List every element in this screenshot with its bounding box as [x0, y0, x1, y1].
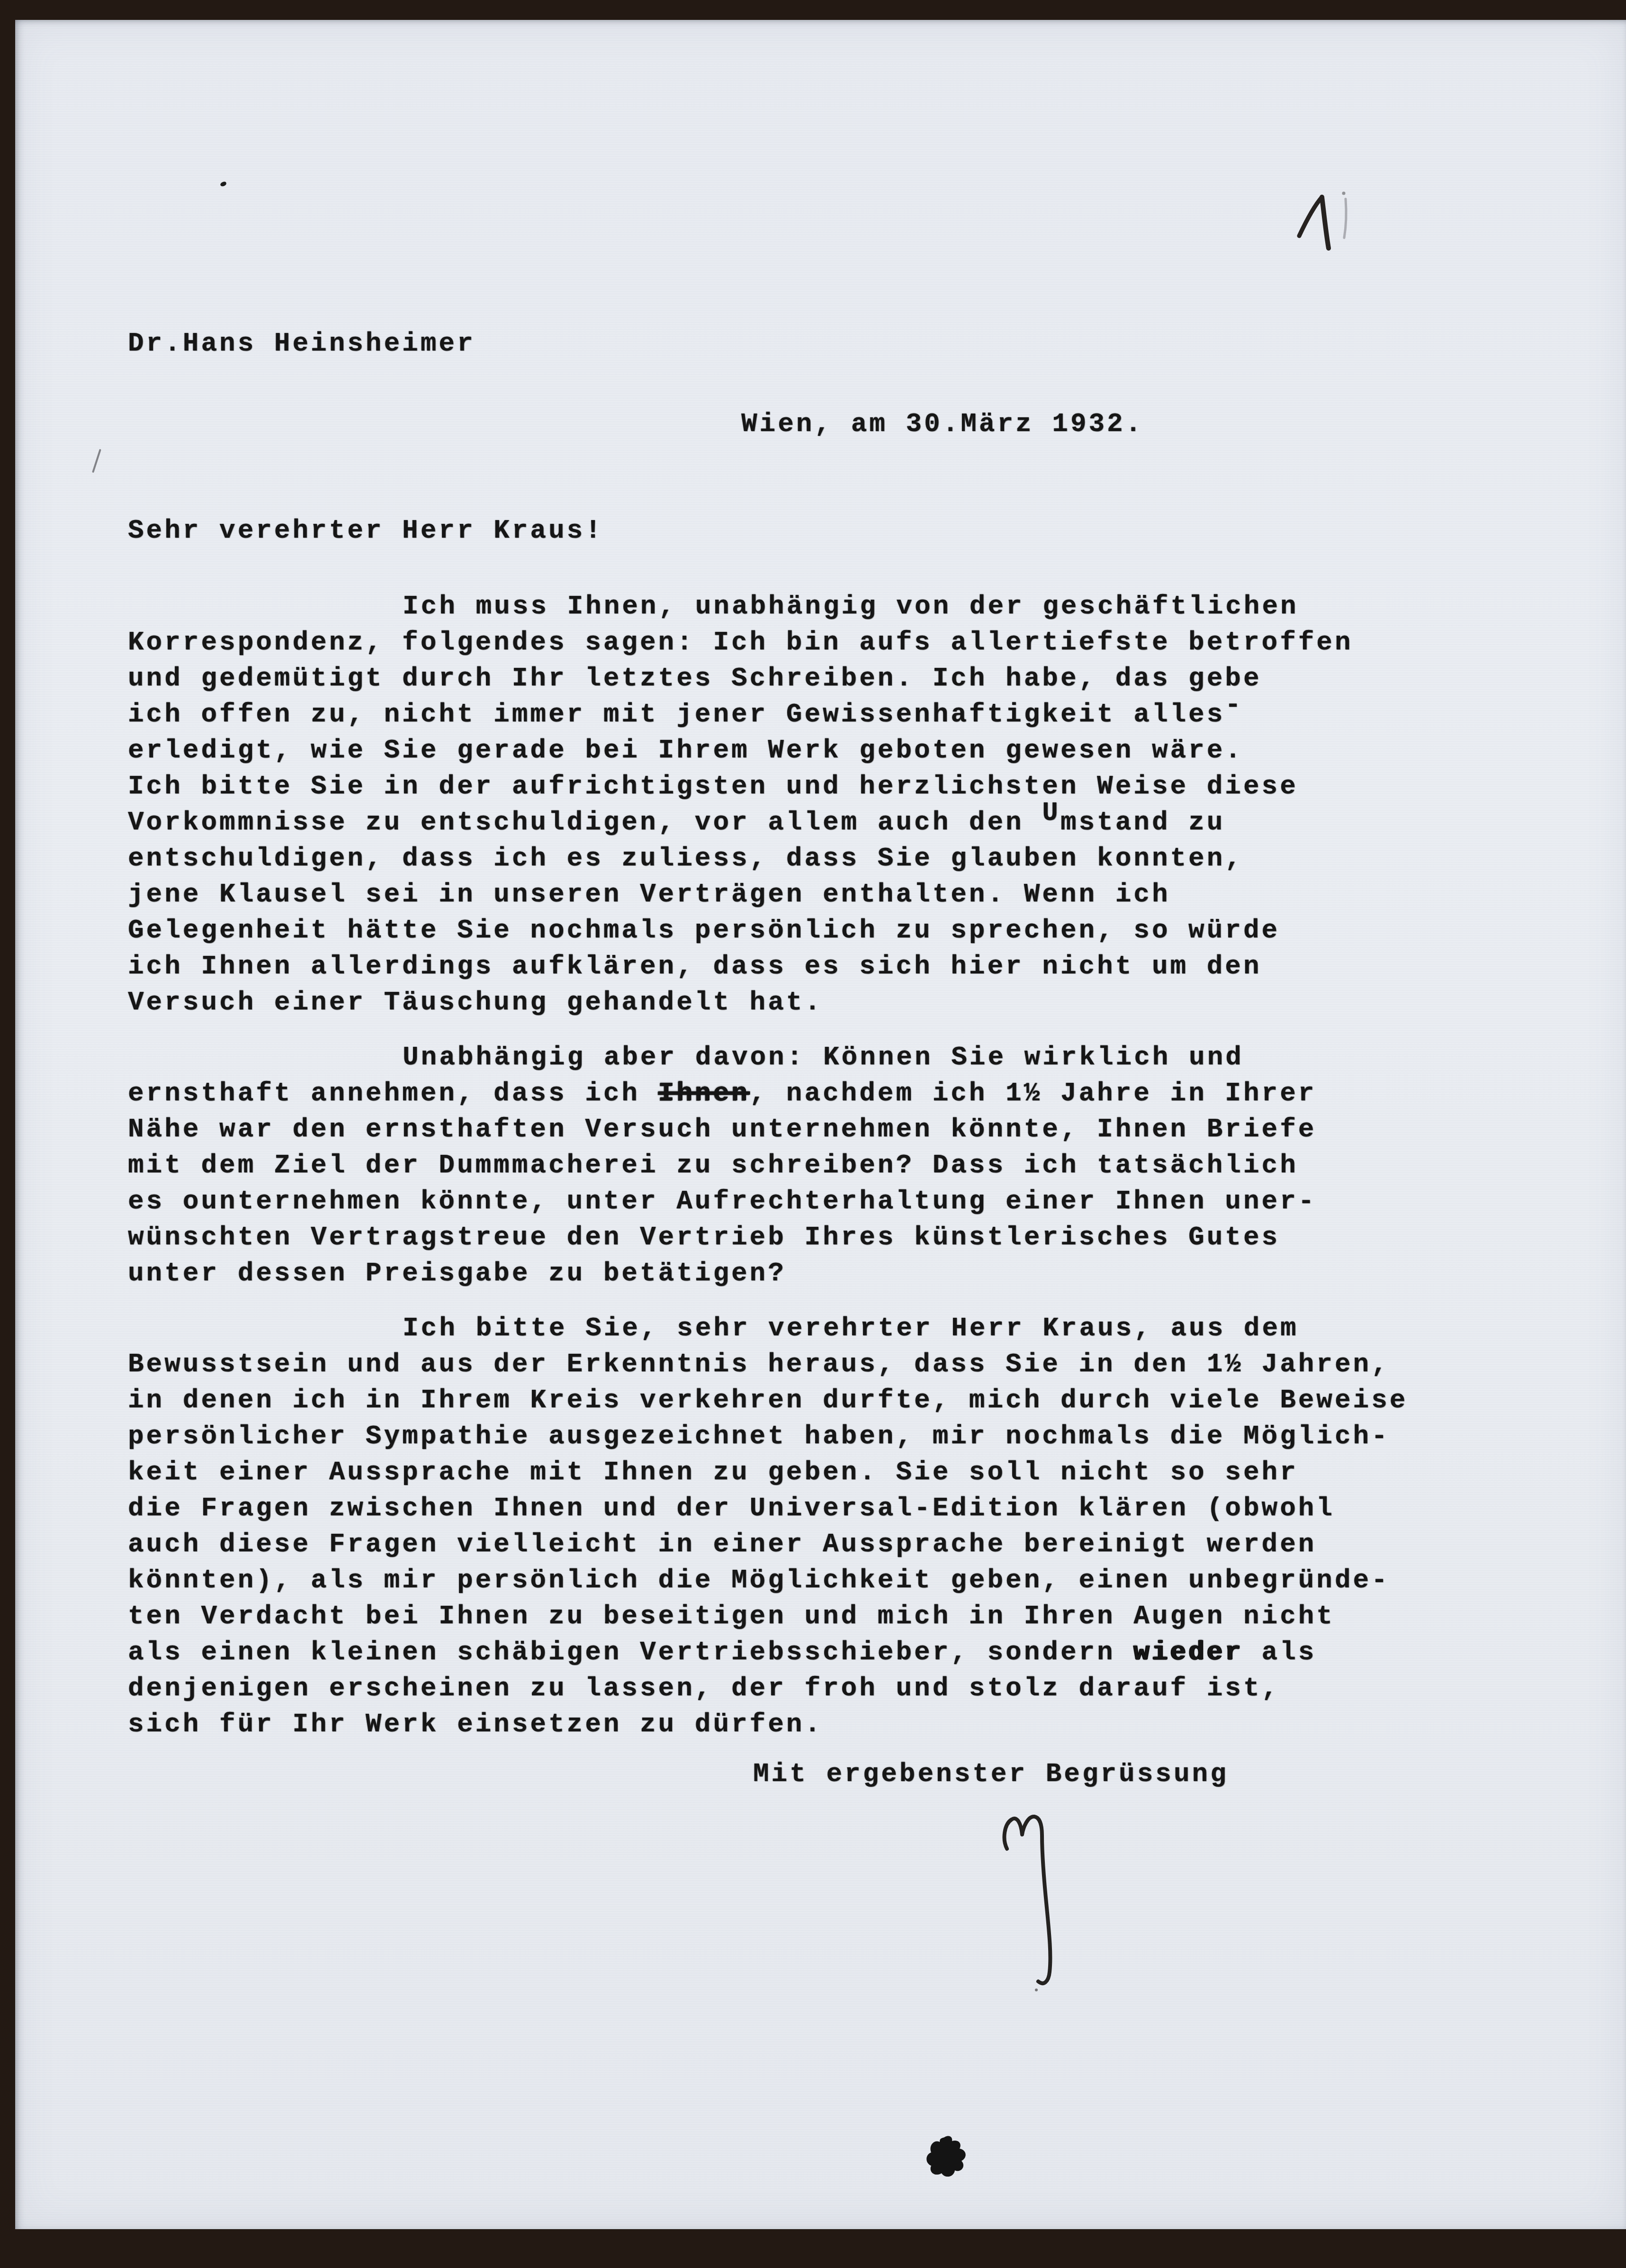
letter-line: persönlicher Sympathie ausgezeichnet hab…	[128, 1418, 1449, 1454]
ink-speck	[220, 181, 227, 187]
letter-line: sich für Ihr Werk einsetzen zu dürfen.	[128, 1706, 1449, 1742]
letter-line: in denen ich in Ihrem Kreis verkehren du…	[128, 1382, 1449, 1418]
letter-line: denjenigen erscheinen zu lassen, der fro…	[128, 1670, 1449, 1706]
letter-line: unter dessen Preisgabe zu betätigen?	[128, 1255, 1449, 1291]
letter-line: Ich bitte Sie, sehr verehrter Herr Kraus…	[128, 1310, 1449, 1346]
letter-line: als einen kleinen schäbigen Vertriebssch…	[128, 1634, 1449, 1670]
sender-name: Dr.Hans Heinsheimer	[128, 325, 476, 361]
paragraph: Unabhängig aber davon: Können Sie wirkli…	[128, 1039, 1449, 1291]
letter-line: ernsthaft annehmen, dass ich Ihnen, nach…	[128, 1075, 1449, 1111]
letter-line: Ich muss Ihnen, unabhängig von der gesch…	[128, 588, 1449, 624]
letter-line: Nähe war den ernsthaften Versuch unterne…	[128, 1111, 1449, 1147]
pen-slash-mark	[92, 449, 101, 473]
letter-line: Bewusstsein und aus der Erkenntnis herau…	[128, 1346, 1449, 1382]
salutation: Sehr verehrter Herr Kraus!	[128, 513, 603, 549]
segment: als einen kleinen schäbigen Vertriebssch…	[128, 1637, 1133, 1667]
letter-line: könnten), als mir persönlich die Möglich…	[128, 1562, 1449, 1598]
letter-line: entschuldigen, dass ich es zuliess, dass…	[128, 840, 1449, 876]
letter-line: Korrespondenz, folgendes sagen: Ich bin …	[128, 624, 1449, 660]
letter-line: mit dem Ziel der Dummmacherei zu schreib…	[128, 1147, 1449, 1183]
segment: mstand zu	[1060, 807, 1225, 837]
segment: ich offen zu, nicht immer mit jener Gewi…	[128, 699, 1225, 729]
scanned-letter-page: { "page": { "background_color": "#231913…	[0, 0, 1626, 2268]
handwritten-page-number-mark	[1291, 190, 1362, 271]
letter-line: wünschten Vertragstreue den Vertrieb Ihr…	[128, 1219, 1449, 1255]
segment-overtype: wieder	[1133, 1637, 1243, 1667]
paragraph: Ich muss Ihnen, unabhängig von der gesch…	[128, 588, 1449, 1020]
segment-raised: -	[1225, 690, 1243, 720]
signature-paraph	[991, 1808, 1095, 1993]
ink-blot	[924, 2133, 976, 2186]
letter-line: ich Ihnen allerdings aufklären, dass es …	[128, 948, 1449, 984]
letter-line: Ich bitte Sie in der aufrichtigsten und …	[128, 768, 1449, 804]
letter-paper: Dr.Hans Heinsheimer Wien, am 30.März 193…	[15, 20, 1626, 2229]
paragraph: Ich bitte Sie, sehr verehrter Herr Kraus…	[128, 1310, 1449, 1742]
letter-line: auch diese Fragen vielleicht in einer Au…	[128, 1526, 1449, 1562]
letter-line: ich offen zu, nicht immer mit jener Gewi…	[128, 696, 1449, 732]
letter-line: erledigt, wie Sie gerade bei Ihrem Werk …	[128, 732, 1449, 768]
segment-struck: Ihnen	[658, 1078, 750, 1108]
letter-line: Unabhängig aber davon: Können Sie wirkli…	[128, 1039, 1449, 1075]
letter-line: Gelegenheit hätte Sie nochmals persönlic…	[128, 912, 1449, 948]
letter-body: Ich muss Ihnen, unabhängig von der gesch…	[128, 588, 1449, 1761]
closing-line: Mit ergebenster Begrüssung	[753, 1756, 1229, 1792]
letter-line: jene Klausel sei in unseren Verträgen en…	[128, 876, 1449, 912]
letter-line: es ounternehmen könnte, unter Aufrechter…	[128, 1183, 1449, 1219]
letter-line: Versuch einer Täuschung gehandelt hat.	[128, 984, 1449, 1020]
segment: , nachdem ich 1½ Jahre in Ihrer	[750, 1078, 1317, 1108]
letter-line: und gedemütigt durch Ihr letztes Schreib…	[128, 660, 1449, 696]
letter-line: keit einer Aussprache mit Ihnen zu geben…	[128, 1454, 1449, 1490]
segment-raised: U	[1042, 798, 1060, 828]
segment: ernsthaft annehmen, dass ich	[128, 1078, 658, 1108]
segment: als	[1243, 1637, 1316, 1667]
letter-line: Vorkommnisse zu entschuldigen, vor allem…	[128, 804, 1449, 840]
letter-line: ten Verdacht bei Ihnen zu beseitigen und…	[128, 1598, 1449, 1634]
letter-line: die Fragen zwischen Ihnen und der Univer…	[128, 1490, 1449, 1526]
dateline: Wien, am 30.März 1932.	[741, 406, 1143, 442]
segment: Vorkommnisse zu entschuldigen, vor allem…	[128, 807, 1042, 837]
